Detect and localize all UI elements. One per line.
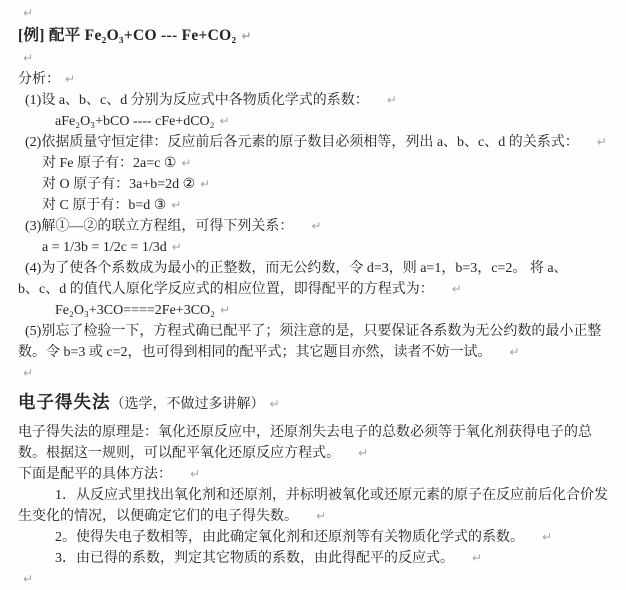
text-run: (1)设 a、b、c、d 分别为反应式中各物质化学式的系数： [25,93,369,108]
paragraph-mark-icon: ↵ [220,303,230,317]
paragraph-mark-icon: ↵ [597,135,607,149]
doc-line: (3)解①—②的联立方程组，可得下列关系：↵ [18,216,618,237]
text-run: 1．从反应式里找出氧化剂和还原剂，并标明被氧化或还原元素的原子在反应前后化合价发 [55,488,608,503]
paragraph-mark-icon: ↵ [181,156,191,170]
doc-line: (1)设 a、b、c、d 分别为反应式中各物质化学式的系数：↵ [18,90,618,111]
doc-line: 生变化的情况，以便确定它们的电子得失数。↵ [18,506,618,527]
text-run: aFe₂O₃+bCO ---- cFe+dCO₂ [55,114,215,129]
doc-line: a = 1/3b = 1/2c = 1/3d↵ [18,237,618,258]
paragraph-mark-icon: ↵ [452,282,462,296]
doc-line: 分析：↵ [18,69,618,90]
text-run: 3．由已得的系数，判定其它物质的系数，由此得配平的反应式。 [55,551,454,566]
doc-line: aFe₂O₃+bCO ---- cFe+dCO₂↵ [18,111,618,132]
document-page: ↵[例] 配平 Fe₂O₃+CO --- Fe+CO₂↵↵分析：↵(1)设 a、… [0,0,626,590]
doc-line: 对 C 原于有：b=d ③↵ [18,195,618,216]
paragraph-mark-icon: ↵ [23,572,33,586]
paragraph-mark-icon: ↵ [23,6,33,20]
text-run: 下面是配平的具体方法： [18,467,172,482]
paragraph-mark-icon: ↵ [472,551,482,565]
text-run: 数。根据这一规则，可以配平氧化还原反应方程式。 [18,446,340,461]
text-run: (5)别忘了检验一下，方程式确已配平了；须注意的是，只要保证各系数为无公约数的最… [25,324,601,339]
text-run: a = 1/3b = 1/2c = 1/3d [42,240,167,255]
paragraph-mark-icon: ↵ [316,509,326,523]
text-run: (3)解①—②的联立方程组，可得下列关系： [25,219,293,234]
text-run: 生变化的情况，以便确定它们的电子得失数。 [18,509,298,524]
text-run: (2)依据质量守恒定律：反应前后各元素的原子数目必须相等，列出 a、b、c、d … [25,135,579,150]
paragraph-mark-icon: ↵ [510,345,520,359]
paragraph-mark-icon: ↵ [311,219,321,233]
doc-line: 3．由已得的系数，判定其它物质的系数，由此得配平的反应式。↵ [18,548,618,569]
doc-blank-line: ↵ [18,363,618,384]
text-run: (4)为了使各个系数成为最小的正整数，而无公约数，令 d=3，则 a=1，b=3… [25,261,568,276]
doc-line: 2。使得失电子数相等，由此确定氧化剂和还原剂等有关物质化学式的系数。↵ [18,527,618,548]
paragraph-mark-icon: ↵ [270,397,280,411]
doc-line: b、c、d 的值代人原化学反应式的相应位置，即得配平的方程式为：↵ [18,279,618,300]
paragraph-mark-icon: ↵ [172,240,182,254]
text-run: 对 C 原于有：b=d ③ [42,198,166,213]
paragraph-mark-icon: ↵ [190,467,200,481]
paragraph-mark-icon: ↵ [200,177,210,191]
doc-line: (5)别忘了检验一下，方程式确已配平了；须注意的是，只要保证各系数为无公约数的最… [18,321,618,342]
doc-line: 下面是配平的具体方法：↵ [18,464,618,485]
doc-section-header: 电子得失法（选学，不做过多讲解）↵ [18,389,618,418]
doc-blank-line: ↵ [18,569,618,590]
text-run: 数。令 b=3 或 c=2，也可得到相同的配平式；其它题目亦然，读者不妨一试。 [18,345,492,360]
doc-line: 数。根据这一规则，可以配平氧化还原反应方程式。↵ [18,443,618,464]
doc-line: (2)依据质量守恒定律：反应前后各元素的原子数目必须相等，列出 a、b、c、d … [18,132,618,153]
text-run: 分析： [18,72,60,87]
document-body: ↵[例] 配平 Fe₂O₃+CO --- Fe+CO₂↵↵分析：↵(1)设 a、… [18,3,618,590]
text-run: 对 O 原子有：3a+b=2d ② [42,177,195,192]
paragraph-mark-icon: ↵ [241,29,251,43]
text-run: [例] 配平 Fe₂O₃+CO --- Fe+CO₂ [18,27,236,44]
text-run: b、c、d 的值代人原化学反应式的相应位置，即得配平的方程式为： [18,282,434,297]
paragraph-mark-icon: ↵ [171,198,181,212]
paragraph-mark-icon: ↵ [23,51,33,65]
doc-line: Fe₂O₃+3CO====2Fe+3CO₂↵ [18,300,618,321]
doc-blank-line: ↵ [18,3,618,24]
text-run: 2。使得失电子数相等，由此确定氧化剂和还原剂等有关物质化学式的系数。 [55,530,524,545]
text-run: Fe₂O₃+3CO====2Fe+3CO₂ [55,303,215,318]
doc-title-line: [例] 配平 Fe₂O₃+CO --- Fe+CO₂↵ [18,24,618,48]
paragraph-mark-icon: ↵ [358,446,368,460]
text-run: 对 Fe 原子有：2a=c ① [42,156,176,171]
doc-blank-line: ↵ [18,48,618,69]
doc-line: 电子得失法的原理是：氧化还原反应中，还原剂失去电子的总数必须等于氧化剂获得电子的… [18,422,618,443]
doc-line: 1．从反应式里找出氧化剂和还原剂，并标明被氧化或还原元素的原子在反应前后化合价发 [18,485,618,506]
doc-line: (4)为了使各个系数成为最小的正整数，而无公约数，令 d=3，则 a=1，b=3… [18,258,618,279]
doc-line: 数。令 b=3 或 c=2，也可得到相同的配平式；其它题目亦然，读者不妨一试。↵ [18,342,618,363]
doc-line: 对 Fe 原子有：2a=c ①↵ [18,153,618,174]
paragraph-mark-icon: ↵ [542,530,552,544]
paragraph-mark-icon: ↵ [387,93,397,107]
text-run: （选学，不做过多讲解） [111,397,265,412]
paragraph-mark-icon: ↵ [220,114,230,128]
text-run: 电子得失法 [18,392,111,412]
text-run: 电子得失法的原理是：氧化还原反应中，还原剂失去电子的总数必须等于氧化剂获得电子的… [18,425,592,440]
paragraph-mark-icon: ↵ [23,366,33,380]
doc-line: 对 O 原子有：3a+b=2d ②↵ [18,174,618,195]
paragraph-mark-icon: ↵ [65,72,75,86]
